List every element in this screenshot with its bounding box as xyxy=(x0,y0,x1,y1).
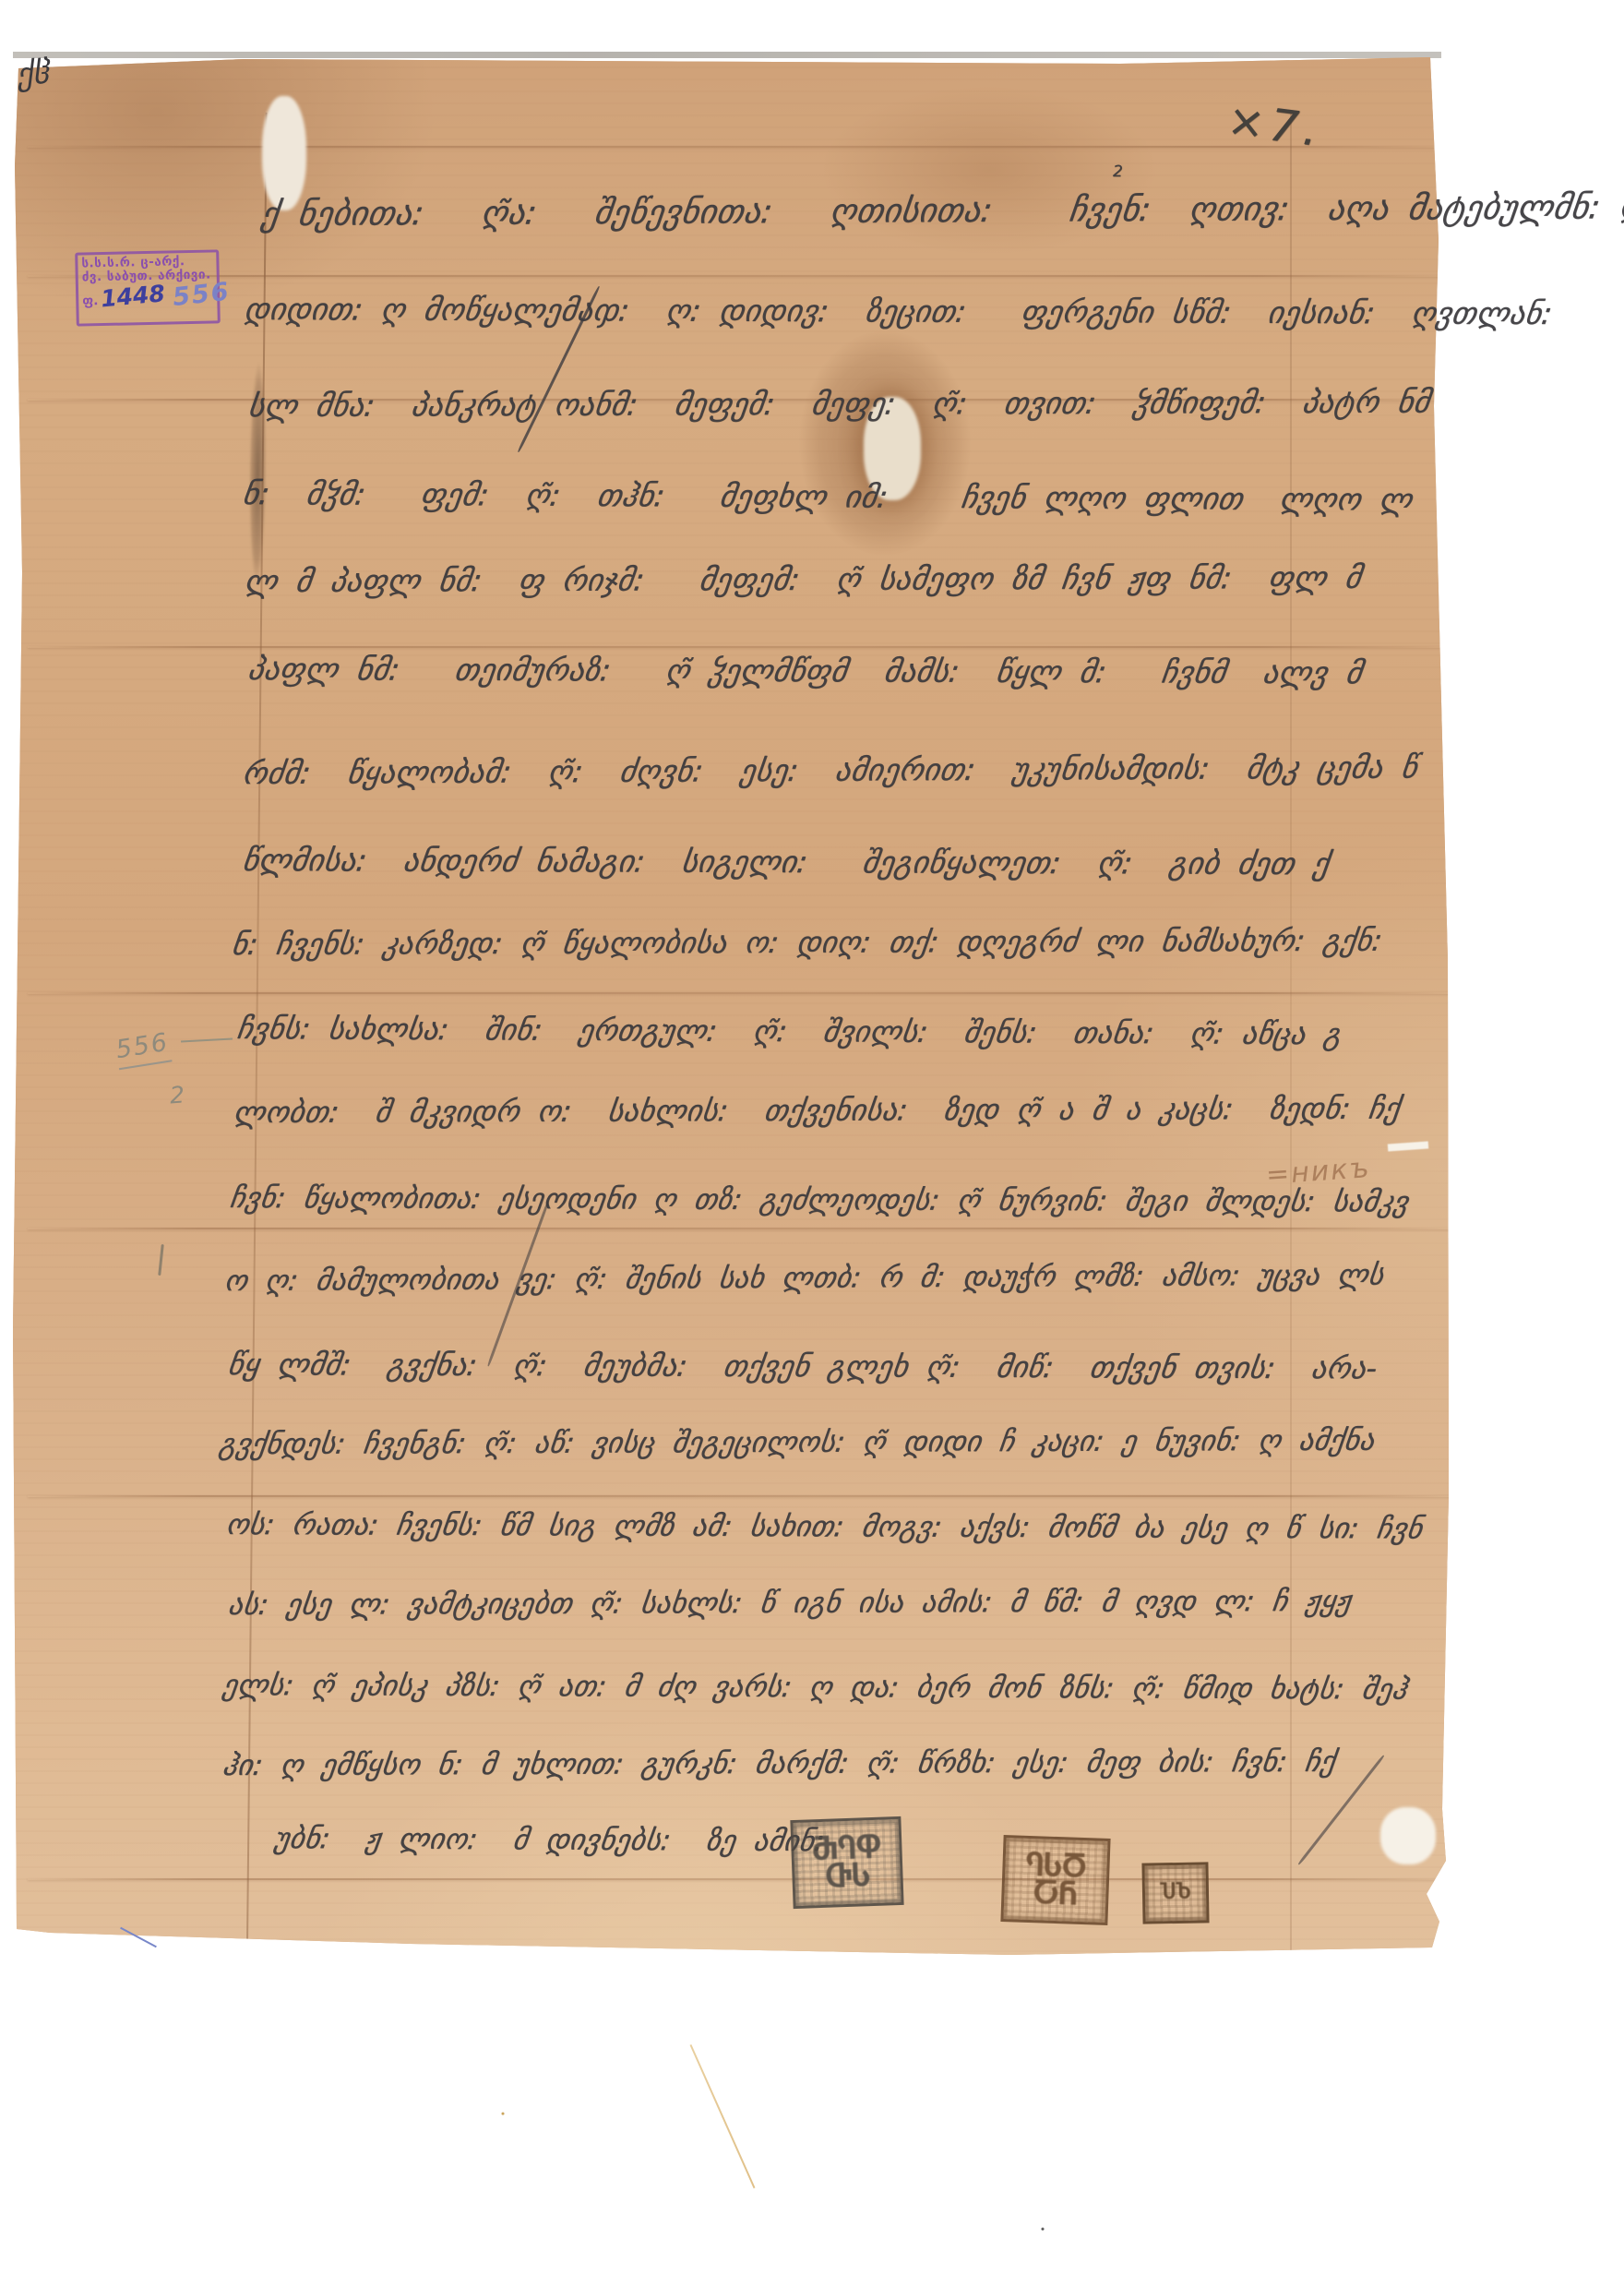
seals-layer: ႫႤႴ ႧႱႤႱႣ ႠႬႮႦ xyxy=(0,0,1624,2289)
seal-glyphs: ႤႱႣ ႠႬ xyxy=(1004,1851,1107,1911)
seal-right-brown: ႮႦ xyxy=(1141,1862,1209,1923)
seal-glyphs: ႫႤႴ ႧႱ xyxy=(794,1833,901,1893)
scanned-document: ს.ს.ს.რ. ც-არქ. ძვ. საბუთ. არქივი. ფ. 14… xyxy=(0,0,1624,2289)
seal-glyphs: ႮႦ xyxy=(1160,1883,1191,1902)
seal-left-dark: ႫႤႴ ႧႱ xyxy=(790,1816,903,1909)
seal-center-brown: ႤႱႣ ႠႬ xyxy=(1000,1835,1110,1925)
